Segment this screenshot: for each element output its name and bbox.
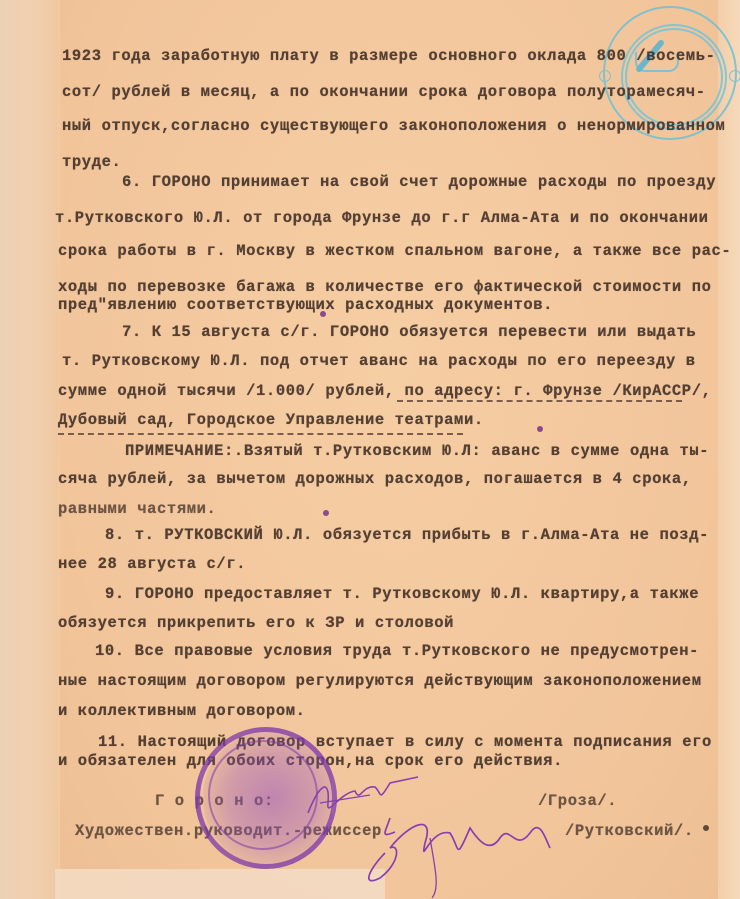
text-line: т. Рутковскому Ю.Л. под отчет аванс на р… (62, 352, 696, 370)
text-line: 1923 года заработную плату в размере осн… (62, 47, 716, 65)
clause-8: 8. т. РУТКОВСКИЙ Ю.Л. обязуется прибыть … (105, 526, 709, 544)
signature-rutkovsky-icon (340, 808, 570, 899)
text-line: т.Рутковского Ю.Л. от города Фрунзе до г… (55, 209, 709, 227)
address-underline (397, 400, 682, 402)
clause-10: 10. Все правовые условия труда т.Рутковс… (95, 642, 699, 660)
text-line: ный отпуск,согласно существующего законо… (62, 117, 725, 135)
note-heading: ПРИМЕЧАНИЕ:.Взятый т.Рутковским Ю.Л: ава… (125, 442, 709, 460)
text-line: труде. (62, 153, 121, 171)
ink-spot (323, 510, 329, 516)
ink-spot (320, 311, 326, 317)
text-line: сумме одной тысячи /1.000/ рублей, по ад… (58, 382, 712, 400)
text-line: сот/ рублей в месяц, а по окончании срок… (62, 83, 706, 101)
text-line: пред"явлению соответствующих расходных д… (58, 296, 553, 314)
clause-6: 6. ГОРОНО принимает на свой счет дорожны… (122, 173, 716, 191)
text-line: сяча рублей, за вычетом дорожных расходо… (58, 470, 692, 488)
ink-spot (537, 426, 543, 432)
signatory-name-rutkovsky: /Рутковский/. (565, 822, 694, 840)
text-line: срока работы в г. Москву в жестком спаль… (58, 242, 731, 260)
text-line: равными частями. (58, 500, 216, 518)
document-body: 1923 года заработную плату в размере осн… (0, 0, 740, 899)
text-line: обязуется прикрепить его к ЗР и столовой (58, 614, 454, 632)
ink-spot (703, 825, 709, 831)
text-line: и коллективным договором. (58, 702, 306, 720)
text-line: Дубовый сад, Городское Управление театра… (58, 411, 484, 429)
text-line: нее 28 августа с/г. (58, 555, 246, 573)
text-line: ные настоящим договором регулируются дей… (58, 672, 702, 690)
clause-11: 11. Настоящий договор вступает в силу с … (98, 733, 712, 751)
clause-9: 9. ГОРОНО предоставляет т. Рутковскому Ю… (105, 585, 699, 603)
address-underline (58, 433, 463, 435)
text-line: ходы по перевозке багажа в количестве ег… (58, 278, 712, 296)
clause-7: 7. К 15 августа с/г. ГОРОНО обязуется пе… (122, 323, 696, 341)
